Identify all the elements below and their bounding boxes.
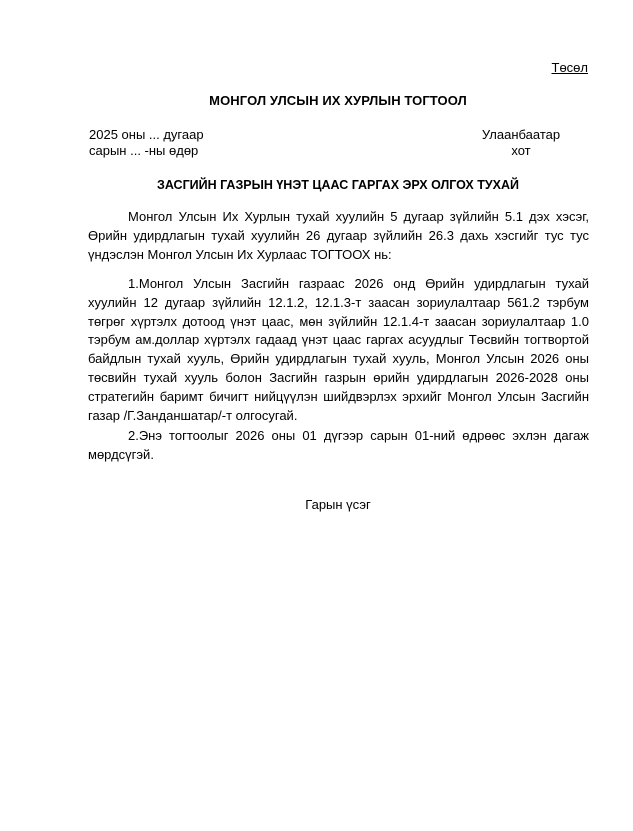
place-line-1: Улаанбаатар — [470, 127, 572, 143]
paragraph-text: Монгол Улсын Их Хурлын тухай хуулийн 5 д… — [88, 208, 589, 264]
draft-label: Төсөл — [552, 60, 589, 76]
resolution-subject: ЗАСГИЙН ГАЗРЫН ҮНЭТ ЦААС ГАРГАХ ЭРХ ОЛГО… — [88, 177, 588, 193]
document-title: МОНГОЛ УЛСЫН ИХ ХУРЛЫН ТОГТООЛ — [0, 93, 633, 109]
paragraph-text: 1.Монгол Улсын Засгийн газраас 2026 онд … — [88, 275, 589, 425]
paragraph-text: 2.Энэ тогтоолыг 2026 оны 01 дүгээр сарын… — [88, 427, 589, 465]
place-line-2: хот — [470, 143, 572, 159]
preamble-paragraph: Монгол Улсын Их Хурлын тухай хуулийн 5 д… — [88, 208, 589, 264]
date-line-1: 2025 оны ... дугаар — [89, 127, 204, 143]
signature-line: Гарын үсэг — [0, 497, 633, 513]
document-page: Төсөл МОНГОЛ УЛСЫН ИХ ХУРЛЫН ТОГТООЛ 202… — [0, 0, 633, 831]
date-line-2: сарын ... -ны өдөр — [89, 143, 204, 159]
clause-2-paragraph: 2.Энэ тогтоолыг 2026 оны 01 дүгээр сарын… — [88, 427, 589, 465]
date-block: 2025 оны ... дугаар сарын ... -ны өдөр — [89, 127, 204, 159]
place-block: Улаанбаатар хот — [470, 127, 572, 159]
clause-1-paragraph: 1.Монгол Улсын Засгийн газраас 2026 онд … — [88, 275, 589, 425]
